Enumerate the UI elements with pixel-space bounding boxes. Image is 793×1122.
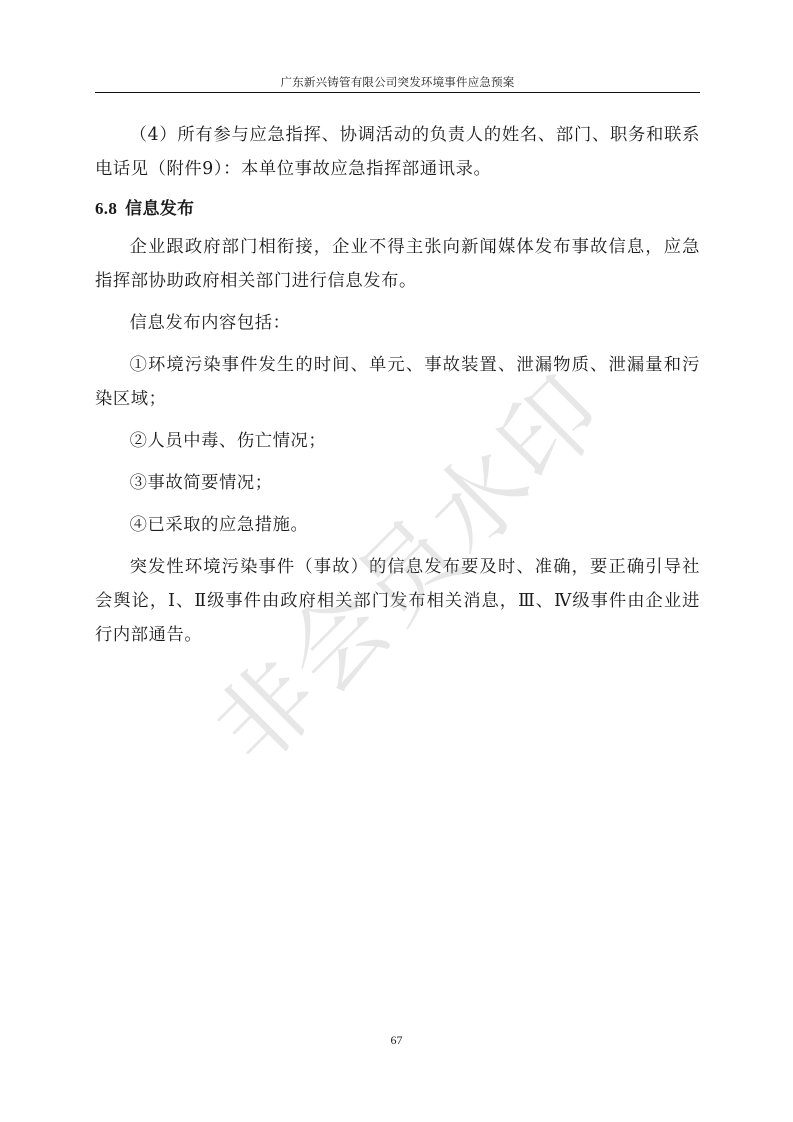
list-item-1: ①环境污染事件发生的时间、单元、事故装置、泄漏物质、泄漏量和污染区域； [95,348,700,416]
list-item-2: ②人员中毒、伤亡情况； [95,424,700,458]
paragraph-coordination: 企业跟政府部门相衔接，企业不得主张向新闻媒体发布事故信息，应急指挥部协助政府相关… [95,230,700,298]
list-item-3: ③事故简要情况； [95,466,700,500]
paragraph-release-policy: 突发性环境污染事件（事故）的信息发布要及时、准确，要正确引导社会舆论，Ⅰ、Ⅱ级事… [95,550,700,652]
page-header: 广东新兴铸管有限公司突发环境事件应急预案 [95,74,700,90]
paragraph-content-intro: 信息发布内容包括： [95,306,700,340]
list-item-4: ④已采取的应急措施。 [95,508,700,542]
header-divider [95,92,700,93]
document-body: （4）所有参与应急指挥、协调活动的负责人的姓名、部门、职务和联系电话见（附件9）… [95,118,700,652]
page-number: 67 [0,1033,793,1048]
section-title: 信息发布 [125,199,194,219]
paragraph-contact-list: （4）所有参与应急指挥、协调活动的负责人的姓名、部门、职务和联系电话见（附件9）… [95,118,700,186]
section-number: 6.8 [95,199,117,218]
section-heading: 6.8信息发布 [95,192,700,226]
